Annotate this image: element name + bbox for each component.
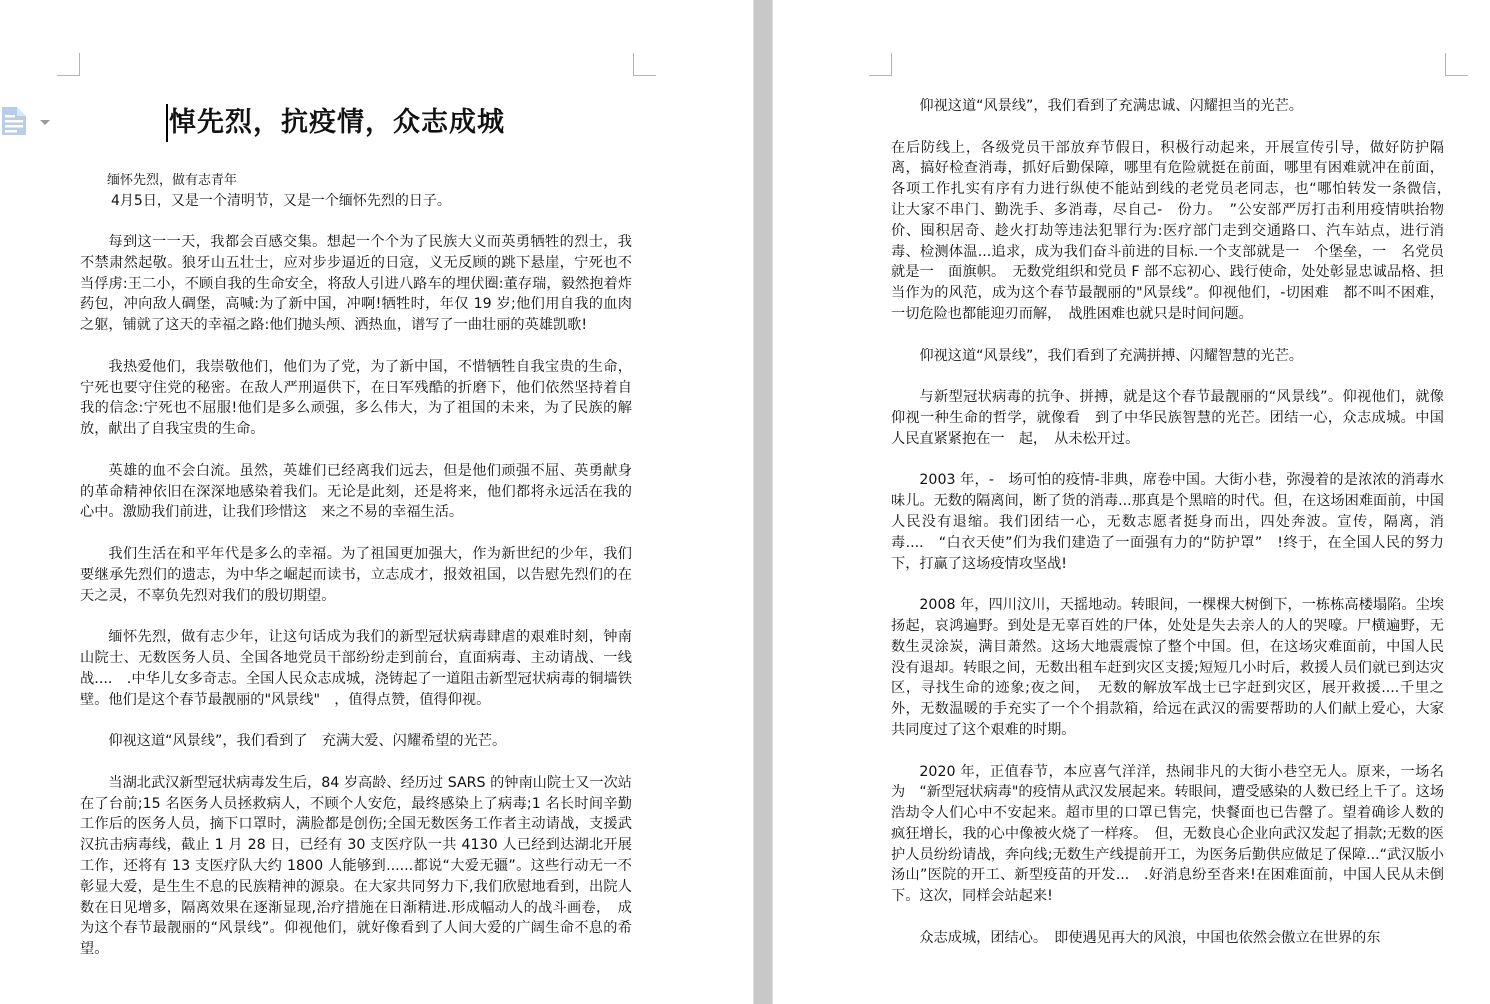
document-page-1[interactable]: 悼先烈，抗疫情，众志成城 缅怀先烈，做有志青年 4月5日，又是一个清明节，又是一… (0, 0, 753, 1004)
paragraph: 2003 年，- 场可怕的疫情-非典，席卷中国。大街小巷，弥漫着的是浓浓的消毒水… (891, 470, 1444, 574)
margin-corner-mark (869, 53, 892, 76)
paragraph: 仰视这道“风景线”，我们看到了 充满大爱、闪耀希望的光芒。 (80, 731, 632, 752)
margin-corner-mark (633, 53, 656, 76)
paragraph: 我热爱他们，我崇敬他们，他们为了党，为了新中国，不惜牺牲自我宝贵的生命，宁死也要… (80, 357, 632, 440)
paragraph: 与新型冠状病毒的抗争、拼搏，就是这个春节最靓丽的“风景线”。仰视他们，就像仰视一… (891, 387, 1444, 449)
paragraph: 英雄的血不会白流。虽然，英雄们已经离我们远去，但是他们顽强不屈、英勇献身的革命精… (80, 461, 632, 523)
paragraph: 我们生活在和平年代是多么的幸福。为了祖国更加强大，作为新世纪的少年，我们要继承先… (80, 544, 632, 606)
paragraph: 在后防线上，各级党员干部放弃节假日，积极行动起来，开展宣传引导，做好防护隔离，搞… (891, 138, 1444, 325)
paragraph: 仰视这道“风景线”，我们看到了充满忠诚、闪耀担当的光芒。 (891, 96, 1444, 117)
document-page-2[interactable]: 仰视这道“风景线”，我们看到了充满忠诚、闪耀担当的光芒。 在后防线上，各级党员干… (773, 0, 1490, 1004)
page-gutter (753, 0, 773, 1004)
document-map-icon[interactable] (1, 106, 27, 136)
paragraph: 2020 年，正值春节，本应喜气洋洋，热闹非凡的大街小巷空无人。原来，一场名为 … (891, 762, 1444, 908)
paragraph: 仰视这道“风景线”，我们看到了充满拼搏、闪耀智慧的光芒。 (891, 346, 1444, 367)
paragraph: 每到这一一天，我都会百感交集。想起一个个为了民族大义而英勇牺牲的烈士，我不禁肃然… (80, 232, 632, 336)
document-subtitle: 缅怀先烈，做有志青年 (107, 172, 237, 190)
right-page-body: 仰视这道“风景线”，我们看到了充满忠诚、闪耀担当的光芒。 在后防线上，各级党员干… (891, 96, 1444, 969)
document-title: 悼先烈，抗疫情，众志成城 (166, 104, 589, 142)
margin-corner-mark (1445, 53, 1468, 76)
paragraph: 当湖北武汉新型冠状病毒发生后，84 岁高龄、经历过 SARS 的钟南山院士又一次… (80, 773, 632, 960)
chevron-down-icon[interactable] (40, 120, 50, 125)
paragraph: 众志成城，团结心。 即使遇见再大的风浪，中国也依然会傲立在世界的东 (891, 928, 1444, 949)
paragraph: 缅怀先烈，做有志少年，让这句话成为我们的新型冠状病毒肆虐的艰难时刻，钟南山院士、… (80, 627, 632, 710)
paragraph: 2008 年，四川汶川，天摇地动。转眼间，一棵棵大树倒下，一栋栋高楼塌陷。尘埃扬… (891, 595, 1444, 741)
dateline-paragraph: 4月5日，又是一个清明节，又是一个缅怀先烈的日子。 (111, 191, 451, 211)
margin-corner-mark (57, 53, 80, 76)
left-page-body: 每到这一一天，我都会百感交集。想起一个个为了民族大义而英勇牺牲的烈士，我不禁肃然… (80, 232, 632, 981)
